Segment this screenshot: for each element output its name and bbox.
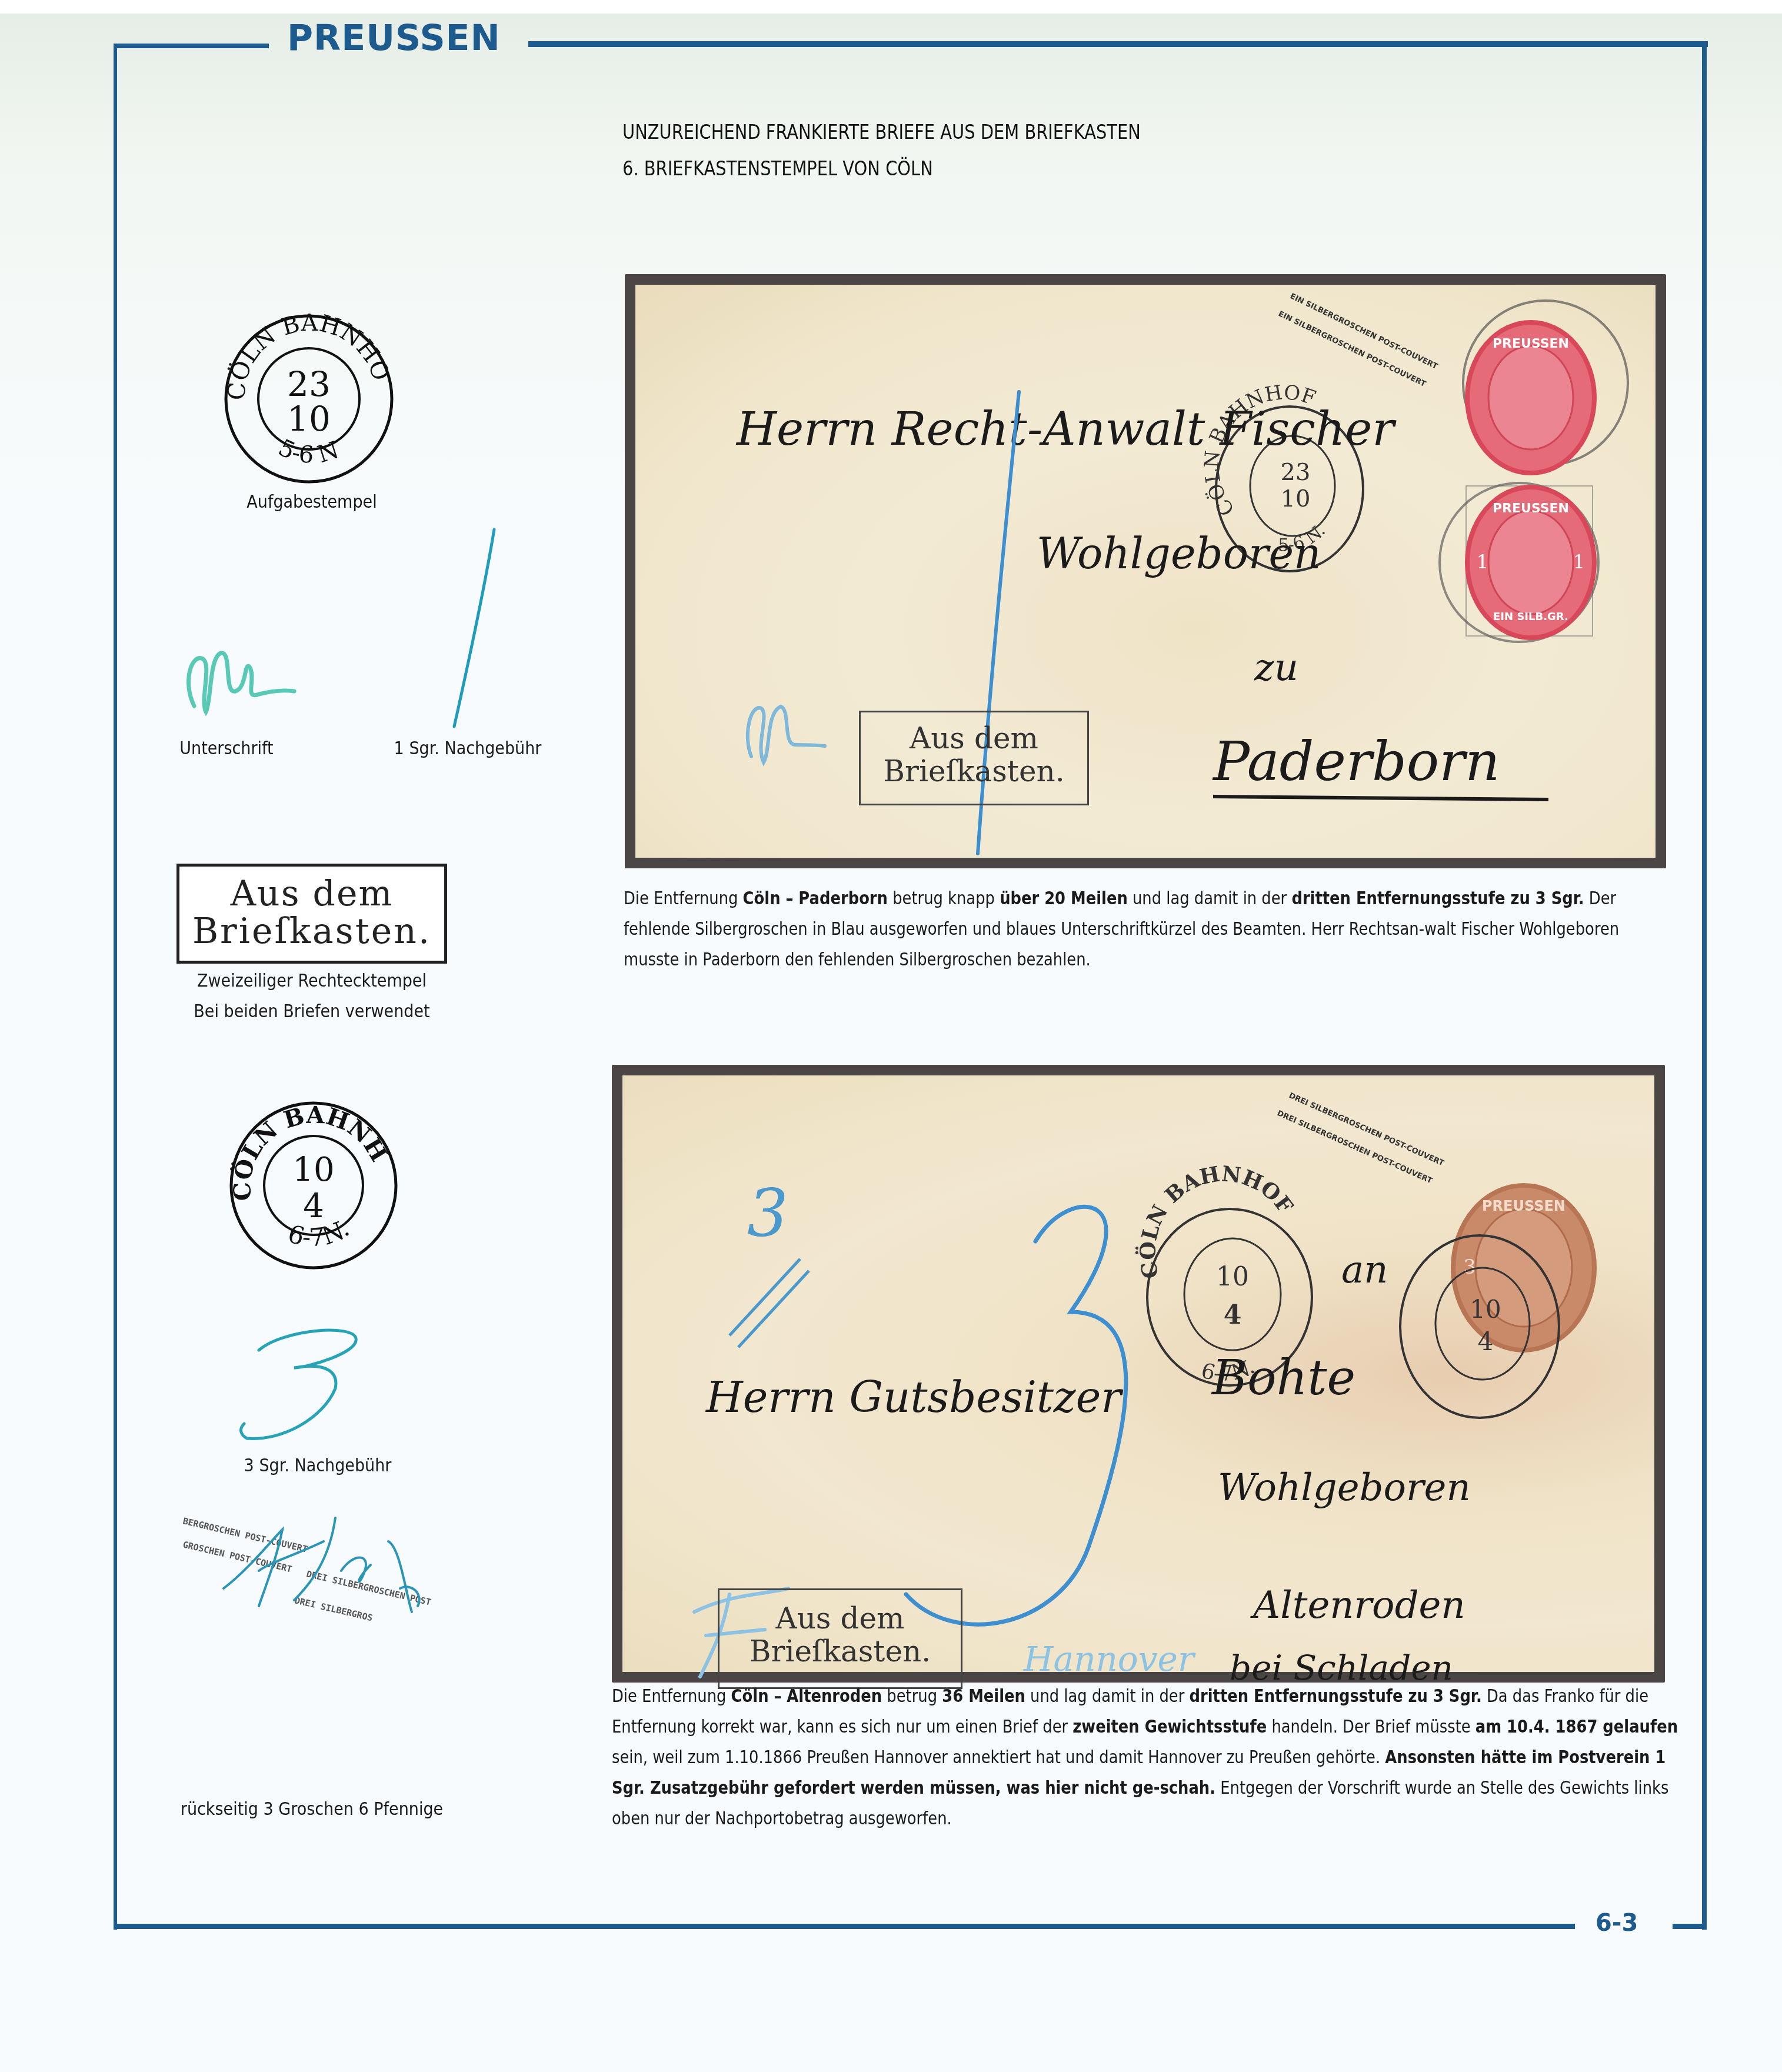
svg-text:4: 4 — [1224, 1300, 1242, 1330]
reverse-side-detail: BERGROSCHEN POST-COUVERT GROSCHEN POST-C… — [176, 1506, 447, 1624]
caption-emphasis: dritten Entfernungsstufe zu 3 Sgr. — [1190, 1686, 1482, 1707]
section-subtitle: 6. BRIEFKASTENSTEMPEL VON CÖLN — [622, 157, 933, 181]
svg-text:5-6 N: 5-6 N — [274, 434, 342, 469]
svg-text:23: 23 — [287, 364, 331, 404]
caption-text: betrug knapp — [888, 888, 1000, 909]
cover2-description: Die Entfernung Cöln – Altenroden betrug … — [612, 1681, 1680, 1834]
svg-text:PREUSSEN: PREUSSEN — [1493, 337, 1569, 351]
cover2-box-stamp: Aus dem Brieſkasten. — [718, 1588, 962, 1689]
svg-text:Paderborn: Paderborn — [1212, 730, 1500, 793]
caption-text: Die Entfernung — [612, 1686, 731, 1707]
svg-text:10: 10 — [1281, 485, 1311, 512]
svg-text:Hannover: Hannover — [1023, 1639, 1196, 1679]
svg-text:23: 23 — [1281, 459, 1311, 486]
svg-text:Bohte: Bohte — [1211, 1350, 1355, 1406]
svg-text:PREUSSEN: PREUSSEN — [1493, 501, 1569, 516]
page-title: PREUSSEN — [287, 18, 501, 59]
svg-text:4: 4 — [1478, 1327, 1494, 1356]
svg-text:4: 4 — [303, 1187, 324, 1225]
caption-text: sein, weil zum 1.10.1866 Preußen Hannove… — [612, 1747, 1385, 1768]
signature-caption: Unterschrift — [161, 738, 293, 759]
svg-text:bei Schladen: bei Schladen — [1230, 1648, 1453, 1683]
reverse-caption: rückseitig 3 Groschen 6 Pfennige — [164, 1799, 460, 1820]
caption-text: und lag damit in der — [1128, 888, 1292, 909]
svg-text:1: 1 — [1477, 551, 1488, 573]
frame-bottom — [114, 1924, 1575, 1929]
box-stamp-caption-1: Zweizeiliger Rechtecktempel — [169, 971, 455, 991]
svg-text:EIN SILB.GR.: EIN SILB.GR. — [1493, 611, 1568, 623]
svg-text:3: 3 — [747, 1175, 788, 1251]
svg-text:DREI SILBERGROS: DREI SILBERGROS — [294, 1595, 374, 1623]
caption-emphasis: über 20 Meilen — [1000, 888, 1128, 909]
caption-emphasis: 36 Meilen — [942, 1686, 1025, 1707]
box-stamp-caption-2: Bei beiden Briefen verwendet — [169, 1001, 455, 1022]
caption-text: betrug — [882, 1686, 942, 1707]
cover1-markings: EIN SILBERGROSCHEN POST-COUVERT EIN SILB… — [625, 274, 1666, 868]
svg-text:10: 10 — [292, 1151, 334, 1189]
frame-left — [114, 44, 117, 1930]
cover1-box-stamp: Aus dem Brieſkasten. — [859, 711, 1089, 805]
page-number: 6-3 — [1596, 1910, 1638, 1937]
fee3-caption: 3 Sgr. Nachgebühr — [222, 1455, 413, 1476]
svg-text:Wohlgeboren: Wohlgeboren — [1218, 1466, 1471, 1510]
caption-emphasis: Cöln – Altenroden — [731, 1686, 882, 1707]
aus-dem-briefkasten-stamp: Aus dem Brieſkasten. — [176, 864, 447, 964]
svg-text:Wohlgeboren: Wohlgeboren — [1037, 529, 1321, 578]
section-title: UNZUREICHEND FRANKIERTE BRIEFE AUS DEM B… — [622, 121, 1141, 144]
svg-text:PREUSSEN: PREUSSEN — [1482, 1198, 1566, 1214]
cancel1-caption: Aufgabestempel — [206, 492, 418, 512]
caption-emphasis: dritten Entfernungsstufe zu 3 Sgr. — [1291, 888, 1584, 909]
caption-text: und lag damit in der — [1025, 1686, 1190, 1707]
svg-text:3: 3 — [1463, 1255, 1476, 1279]
cover1-description: Die Entfernung Cöln – Paderborn betrug k… — [624, 884, 1676, 975]
caption-emphasis: zweiten Gewichtsstufe — [1072, 1717, 1267, 1737]
frame-bottom-right — [1673, 1924, 1707, 1929]
caption-emphasis: am 10.4. 1867 gelaufen — [1475, 1717, 1678, 1737]
frame-top-left — [115, 44, 269, 48]
fee-1-sgr-mark — [424, 524, 506, 735]
caption-emphasis: Cöln – Paderborn — [743, 888, 888, 909]
cover-altenroden: DREI SILBERGROSCHEN POST-COUVERT DREI SI… — [612, 1065, 1665, 1683]
svg-text:zu: zu — [1254, 646, 1298, 689]
fee-3-sgr-mark — [235, 1318, 382, 1453]
svg-text:an: an — [1341, 1248, 1388, 1292]
frame-right — [1702, 41, 1707, 1930]
cover-paderborn: EIN SILBERGROSCHEN POST-COUVERT EIN SILB… — [625, 274, 1666, 868]
svg-text:10: 10 — [287, 399, 331, 439]
reverse-imprint-graphic: BERGROSCHEN POST-COUVERT GROSCHEN POST-C… — [176, 1506, 447, 1624]
signature-mark — [176, 635, 306, 724]
svg-text:1: 1 — [1573, 551, 1585, 573]
svg-text:Altenroden: Altenroden — [1250, 1584, 1465, 1627]
frame-top-right — [528, 41, 1708, 47]
fee1-caption: 1 Sgr. Nachgebühr — [381, 738, 555, 759]
svg-text:10: 10 — [1470, 1295, 1501, 1324]
coln-bahnhof-cancel-10-4: CÖLN BAHNHOF 6-7N. 10 4 — [225, 1097, 402, 1274]
svg-text:Herrn Recht-Anwalt Fischer: Herrn Recht-Anwalt Fischer — [735, 403, 1397, 456]
caption-text: handeln. Der Brief müsste — [1267, 1717, 1475, 1737]
coln-bahnhof-cancel-23-10: CÖLN BAHNHOF 5-6 N 23 10 — [221, 311, 397, 487]
svg-text:10: 10 — [1216, 1262, 1249, 1292]
caption-text: Die Entfernung — [624, 888, 743, 909]
svg-text:Herrn Gutsbesitzer: Herrn Gutsbesitzer — [705, 1373, 1123, 1422]
